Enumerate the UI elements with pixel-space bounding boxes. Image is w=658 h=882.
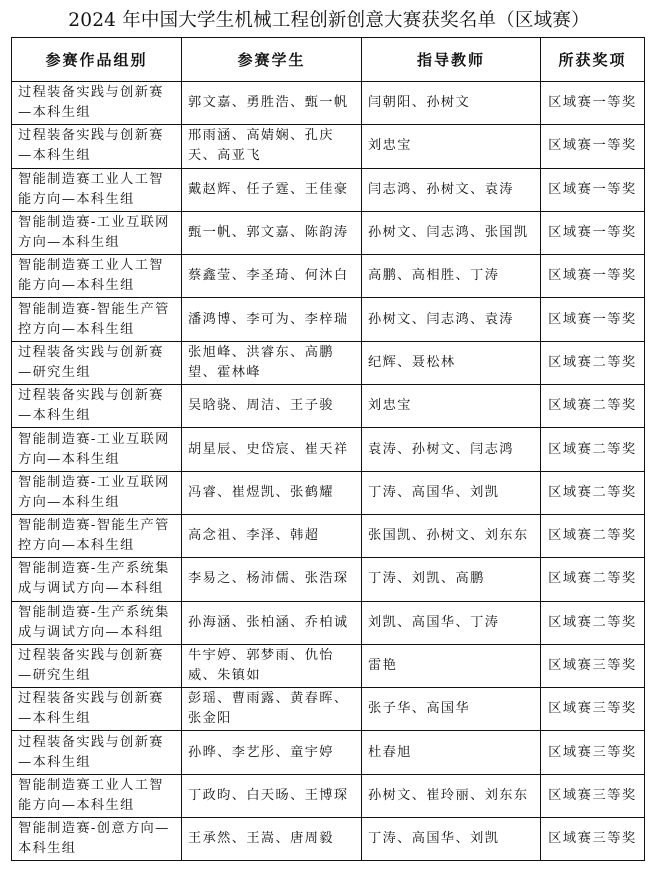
- table-row: 过程装备实践与创新赛—研究生组牛宇婷、郭梦雨、仇怡威、朱镇如雷艳区域赛三等奖: [12, 644, 645, 687]
- students-cell: 戴赵辉、任子霆、王佳豪: [182, 168, 362, 211]
- students-cell: 王承然、王嵩、唐周毅: [182, 818, 362, 861]
- teachers-cell: 丁涛、高国华、刘凯: [362, 818, 541, 861]
- table-row: 智能制造赛工业人工智能方向—本科生组戴赵辉、任子霆、王佳豪闫志鸿、孙树文、袁涛区…: [12, 168, 645, 211]
- award-cell: 区域赛一等奖: [541, 211, 645, 254]
- teachers-cell: 高鹏、高相胜、丁涛: [362, 255, 541, 298]
- table-row: 智能制造赛-创意方向—本科生组王承然、王嵩、唐周毅丁涛、高国华、刘凯区域赛三等奖: [12, 818, 645, 861]
- award-cell: 区域赛三等奖: [541, 818, 645, 861]
- table-row: 智能制造赛工业人工智能方向—本科生组丁政昀、白天旸、王博琛孙树文、崔玲丽、刘东东…: [12, 774, 645, 817]
- teachers-cell: 杜春旭: [362, 731, 541, 774]
- students-cell: 李易之、杨沛儒、张浩琛: [182, 558, 362, 601]
- table-row: 智能制造赛-工业互联网方向—本科生组甄一帆、郭文嘉、陈韵涛孙树文、闫志鸿、张国凯…: [12, 211, 645, 254]
- teachers-cell: 闫志鸿、孙树文、袁涛: [362, 168, 541, 211]
- students-cell: 张旭峰、洪睿东、高鹏望、霍林峰: [182, 341, 362, 384]
- teachers-cell: 纪辉、聂松林: [362, 341, 541, 384]
- award-cell: 区域赛二等奖: [541, 601, 645, 644]
- students-cell: 甄一帆、郭文嘉、陈韵涛: [182, 211, 362, 254]
- students-cell: 孙海涵、张柏涵、乔柏诚: [182, 601, 362, 644]
- header-teachers: 指导教师: [362, 38, 541, 82]
- students-cell: 胡星辰、史岱宸、崔天祥: [182, 428, 362, 471]
- students-cell: 丁政昀、白天旸、王博琛: [182, 774, 362, 817]
- teachers-cell: 雷艳: [362, 644, 541, 687]
- students-cell: 吴晗骁、周洁、王子骏: [182, 385, 362, 428]
- award-cell: 区域赛二等奖: [541, 341, 645, 384]
- table-row: 智能制造赛-生产系统集成与调试方向—本科组孙海涵、张柏涵、乔柏诚刘凯、高国华、丁…: [12, 601, 645, 644]
- award-cell: 区域赛一等奖: [541, 168, 645, 211]
- group-cell: 过程装备实践与创新赛—研究生组: [12, 644, 182, 687]
- teachers-cell: 袁涛、孙树文、闫志鸿: [362, 428, 541, 471]
- students-cell: 蔡鑫莹、李圣琦、何沐白: [182, 255, 362, 298]
- teachers-cell: 丁涛、高国华、刘凯: [362, 471, 541, 514]
- header-students: 参赛学生: [182, 38, 362, 82]
- award-cell: 区域赛一等奖: [541, 82, 645, 125]
- table-row: 智能制造赛-智能生产管控方向—本科生组高念祖、李泽、韩超张国凯、孙树文、刘东东区…: [12, 514, 645, 557]
- award-cell: 区域赛二等奖: [541, 428, 645, 471]
- award-cell: 区域赛三等奖: [541, 731, 645, 774]
- group-cell: 智能制造赛-工业互联网方向—本科生组: [12, 428, 182, 471]
- award-cell: 区域赛一等奖: [541, 255, 645, 298]
- header-award: 所获奖项: [541, 38, 645, 82]
- group-cell: 过程装备实践与创新赛—本科生组: [12, 125, 182, 168]
- table-body: 过程装备实践与创新赛—本科生组郭文嘉、勇胜浩、甄一帆闫朝阳、孙树文区域赛一等奖过…: [12, 82, 645, 861]
- group-cell: 过程装备实践与创新赛—本科生组: [12, 385, 182, 428]
- table-row: 智能制造赛-生产系统集成与调试方向—本科组李易之、杨沛儒、张浩琛丁涛、刘凯、高鹏…: [12, 558, 645, 601]
- award-cell: 区域赛三等奖: [541, 774, 645, 817]
- award-cell: 区域赛三等奖: [541, 688, 645, 731]
- teachers-cell: 闫朝阳、孙树文: [362, 82, 541, 125]
- group-cell: 过程装备实践与创新赛—本科生组: [12, 82, 182, 125]
- group-cell: 过程装备实践与创新赛—研究生组: [12, 341, 182, 384]
- students-cell: 冯睿、崔煜凯、张鹤耀: [182, 471, 362, 514]
- award-cell: 区域赛二等奖: [541, 558, 645, 601]
- award-cell: 区域赛一等奖: [541, 298, 645, 341]
- table-row: 过程装备实践与创新赛—研究生组张旭峰、洪睿东、高鹏望、霍林峰纪辉、聂松林区域赛二…: [12, 341, 645, 384]
- group-cell: 智能制造赛-工业互联网方向—本科生组: [12, 211, 182, 254]
- table-row: 过程装备实践与创新赛—本科生组孙晔、李艺彤、童宇婷杜春旭区域赛三等奖: [12, 731, 645, 774]
- group-cell: 智能制造赛-生产系统集成与调试方向—本科组: [12, 601, 182, 644]
- teachers-cell: 刘忠宝: [362, 385, 541, 428]
- students-cell: 孙晔、李艺彤、童宇婷: [182, 731, 362, 774]
- table-row: 过程装备实践与创新赛—本科生组吴晗骁、周洁、王子骏刘忠宝区域赛二等奖: [12, 385, 645, 428]
- table-row: 过程装备实践与创新赛—本科生组邢雨涵、高婧娴、孔庆天、高亚飞刘忠宝区域赛一等奖: [12, 125, 645, 168]
- teachers-cell: 孙树文、闫志鸿、张国凯: [362, 211, 541, 254]
- group-cell: 智能制造赛-智能生产管控方向—本科生组: [12, 298, 182, 341]
- group-cell: 智能制造赛-创意方向—本科生组: [12, 818, 182, 861]
- teachers-cell: 刘忠宝: [362, 125, 541, 168]
- students-cell: 潘鸿博、李可为、李梓瑞: [182, 298, 362, 341]
- students-cell: 牛宇婷、郭梦雨、仇怡威、朱镇如: [182, 644, 362, 687]
- award-cell: 区域赛二等奖: [541, 514, 645, 557]
- group-cell: 智能制造赛-生产系统集成与调试方向—本科组: [12, 558, 182, 601]
- table-row: 过程装备实践与创新赛—本科生组彭瑶、曹雨露、黄春晖、张金阳张子华、高国华区域赛三…: [12, 688, 645, 731]
- award-cell: 区域赛二等奖: [541, 385, 645, 428]
- table-header-row: 参赛作品组别 参赛学生 指导教师 所获奖项: [12, 38, 645, 82]
- table-row: 智能制造赛-工业互联网方向—本科生组冯睿、崔煜凯、张鹤耀丁涛、高国华、刘凯区域赛…: [12, 471, 645, 514]
- group-cell: 智能制造赛工业人工智能方向—本科生组: [12, 255, 182, 298]
- students-cell: 郭文嘉、勇胜浩、甄一帆: [182, 82, 362, 125]
- teachers-cell: 张国凯、孙树文、刘东东: [362, 514, 541, 557]
- teachers-cell: 孙树文、闫志鸿、袁涛: [362, 298, 541, 341]
- group-cell: 智能制造赛-工业互联网方向—本科生组: [12, 471, 182, 514]
- header-group: 参赛作品组别: [12, 38, 182, 82]
- table-row: 智能制造赛-工业互联网方向—本科生组胡星辰、史岱宸、崔天祥袁涛、孙树文、闫志鸿区…: [12, 428, 645, 471]
- group-cell: 智能制造赛工业人工智能方向—本科生组: [12, 774, 182, 817]
- teachers-cell: 丁涛、刘凯、高鹏: [362, 558, 541, 601]
- award-cell: 区域赛二等奖: [541, 471, 645, 514]
- group-cell: 智能制造赛-智能生产管控方向—本科生组: [12, 514, 182, 557]
- table-row: 智能制造赛工业人工智能方向—本科生组蔡鑫莹、李圣琦、何沐白高鹏、高相胜、丁涛区域…: [12, 255, 645, 298]
- group-cell: 智能制造赛工业人工智能方向—本科生组: [12, 168, 182, 211]
- award-cell: 区域赛三等奖: [541, 644, 645, 687]
- table-row: 智能制造赛-智能生产管控方向—本科生组潘鸿博、李可为、李梓瑞孙树文、闫志鸿、袁涛…: [12, 298, 645, 341]
- teachers-cell: 张子华、高国华: [362, 688, 541, 731]
- teachers-cell: 孙树文、崔玲丽、刘东东: [362, 774, 541, 817]
- table-row: 过程装备实践与创新赛—本科生组郭文嘉、勇胜浩、甄一帆闫朝阳、孙树文区域赛一等奖: [12, 82, 645, 125]
- students-cell: 彭瑶、曹雨露、黄春晖、张金阳: [182, 688, 362, 731]
- students-cell: 邢雨涵、高婧娴、孔庆天、高亚飞: [182, 125, 362, 168]
- award-cell: 区域赛一等奖: [541, 125, 645, 168]
- group-cell: 过程装备实践与创新赛—本科生组: [12, 731, 182, 774]
- group-cell: 过程装备实践与创新赛—本科生组: [12, 688, 182, 731]
- teachers-cell: 刘凯、高国华、丁涛: [362, 601, 541, 644]
- page-title: 2024 年中国大学生机械工程创新创意大赛获奖名单（区域赛）: [0, 6, 658, 32]
- award-table: 参赛作品组别 参赛学生 指导教师 所获奖项 过程装备实践与创新赛—本科生组郭文嘉…: [11, 37, 645, 861]
- students-cell: 高念祖、李泽、韩超: [182, 514, 362, 557]
